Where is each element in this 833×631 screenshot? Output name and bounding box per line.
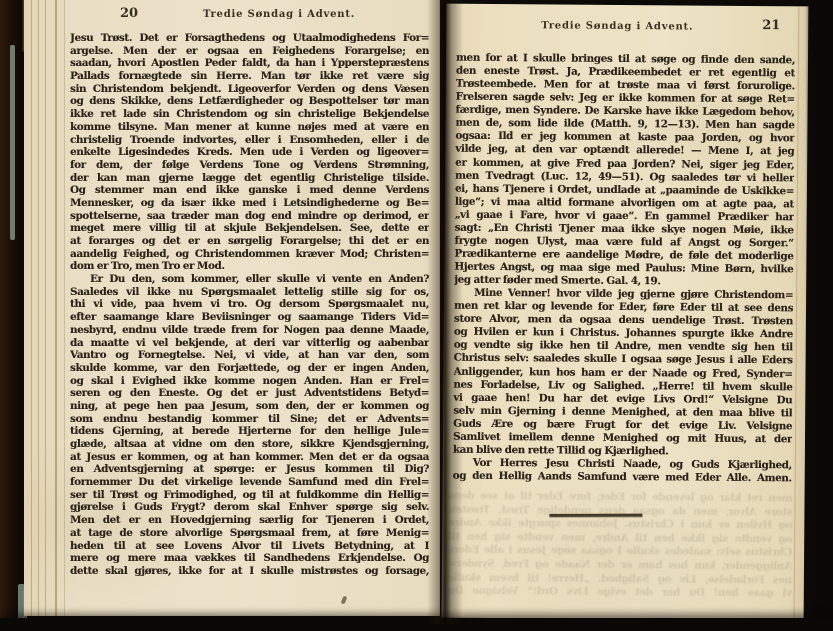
text-line: og den Hellig Aands Samfund være med Ede… [453, 470, 792, 486]
section-divider-rule [549, 514, 642, 517]
text-line: at forarges og det er en sørgelig Forarg… [70, 235, 429, 248]
text-line: tidens Gjerning, at berede Hjerterne for… [70, 425, 429, 438]
text-line: ning, at pege hen paa Jesum, som den, de… [70, 400, 429, 413]
bleedthrough-line: vi gaae hen! Du har det evige Livs Ord!“… [448, 585, 792, 601]
text-line: at Jesus er kommen, og at han kommer. Me… [70, 451, 429, 464]
text-line: at tage de store alvorlige Spørgsmaal fr… [70, 527, 429, 540]
text-line: dom er Tro, men Tro er Mod. [70, 260, 429, 273]
text-line: spottelserne, saa træder man dog end min… [70, 210, 429, 223]
text-line: og skal i Evighed ikke komme nogen Anden… [70, 375, 429, 388]
left-page: 20 Tredie Søndag i Advent. Jesu Trøst. D… [24, 0, 440, 616]
page-edge-line [45, 0, 46, 616]
text-line: mere og mere maa vækkes til Sandhedens E… [70, 552, 429, 565]
bleedthrough-text: men ret klar og levende for Eder, føre E… [448, 490, 793, 601]
text-line: thi vi vide, paa hvem vi tro. Og dersom … [70, 298, 429, 311]
text-line: heden til at see Lovens Alvor til Livets… [70, 540, 429, 553]
book-gutter-shadow [427, 0, 463, 624]
text-line: enkelte Ligesindedes Kreds. Men ude i Ve… [70, 146, 429, 159]
text-line: som endnu bestandig kommer til Sine; det… [70, 413, 429, 426]
text-line: dette skal gjøres, ikke for at I skulle … [70, 565, 429, 578]
text-line: der kan man gjerne lægge det egentlig Ch… [70, 172, 429, 185]
running-header: Tredie Søndag i Advent. [512, 20, 722, 33]
text-line: skulde komme, var den Forjættede, og der… [70, 362, 429, 375]
cover-lining-sliver [10, 45, 15, 240]
text-line: en Adventsgjerning at spørge: er Jesus k… [70, 463, 429, 476]
page-edge-line [55, 0, 57, 616]
right-page: Tredie Søndag i Advent. 21 men for at I … [442, 4, 809, 621]
text-line: Og stemmer man end ikke ganske i med den… [70, 184, 429, 197]
text-line: sin Christendom bekjendt. Ligeoverfor Ve… [70, 83, 429, 96]
text-line: seren og den Eneste. Og det er just Adve… [70, 387, 429, 400]
text-line: meget mere villig til at skjule Bekjende… [70, 222, 429, 235]
text-line: Men det er en Hovedgjerning særlig for T… [70, 514, 429, 527]
text-line: Saaledes vil ikke nu Spørgsmaalet lettel… [70, 286, 429, 299]
photo-dark-edge [805, 0, 833, 631]
text-line: ser til Trøst og Frimodighed, og til at … [70, 489, 429, 502]
text-line: gjørelse i Guds Frygt? derom skal Enhver… [70, 501, 429, 514]
text-line: aandelig Feighed, og Christendommen kræv… [70, 248, 429, 261]
page-fold-line [64, 0, 65, 616]
text-line: da maatte vi vel bekjende, at deri var v… [70, 337, 429, 350]
page-edge-line [38, 0, 39, 616]
text-line: christelig Troende indvortes, eller i En… [70, 134, 429, 147]
ink-fleck [341, 596, 348, 605]
page-number: 21 [762, 18, 780, 33]
text-line: argelse. Men der er ogsaa en Feighedens … [70, 45, 429, 58]
book-scan-photo: 20 Tredie Søndag i Advent. Jesu Trøst. D… [0, 0, 833, 631]
text-line: ikke ret lade sin Christendom og sin chr… [70, 108, 429, 121]
text-line: Vantro og Fornegtelse. Nei, vi vide, at … [70, 349, 429, 362]
text-line: Pallads fornægtede sin Herre. Man tør ik… [70, 70, 429, 83]
running-header: Tredie Søndag i Advent. [174, 9, 384, 20]
page-edge-line [31, 0, 32, 616]
right-page-body: men for at I skulle bringes til at søge … [453, 52, 795, 486]
text-line: Jesu Trøst. Det er Forsagthedens og Utaa… [70, 32, 429, 45]
text-line: komme tilsyne. Man mener at kunne nøjes … [70, 121, 429, 134]
left-page-body: Jesu Trøst. Det er Forsagthedens og Utaa… [70, 32, 429, 578]
page-number: 20 [120, 6, 138, 21]
text-line: glæde, altsaa at vidne om den store, sik… [70, 438, 429, 451]
text-line: nesbyrd, endnu vilde træde frem for Noge… [70, 324, 429, 337]
text-line: fornemmer Du det virkelige levende Samfu… [70, 476, 429, 489]
text-line: for dem, der følge Verdens Tone og Verde… [70, 159, 429, 172]
photo-dark-edge [0, 618, 833, 631]
text-line: og dens Skikke, dens Letfærdigheder og B… [70, 95, 429, 108]
text-line: efter saamange klare Beviisninger og saa… [70, 311, 429, 324]
text-line: Mennesker, og da især ikke med i Letsind… [70, 197, 429, 210]
text-line: Er Du den, som kommer, eller skulle vi v… [70, 273, 429, 286]
text-line: saadan, hvori Apostlen Peder faldt, da h… [70, 57, 429, 70]
